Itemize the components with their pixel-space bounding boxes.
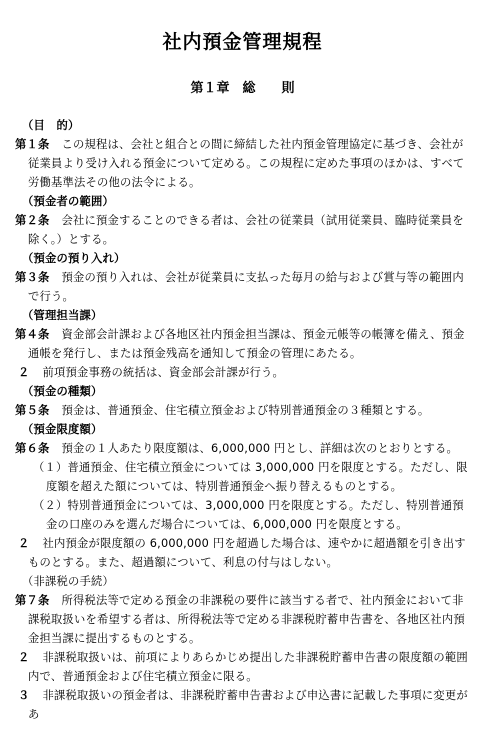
article-block: 第１条この規程は、会社と組合との間に締結した社内預金管理協定に基づき、会社が従業… — [0, 135, 471, 192]
article-text: 会社に預金することのできる者は、会社の従業員（試用従業員、臨時従業員を除く。）と… — [28, 214, 464, 246]
paragraph-text: 非課税取扱いは、前項によりあらかじめ提出した非課税貯蓄申告書の限度額の範囲内で、… — [28, 651, 468, 683]
paragraph-text: 前項預金事務の統括は、資金部会計課が行う。 — [43, 366, 284, 379]
article-block: 第６条預金の１人あたり限度額は、6,000,000 円とし、詳細は次のとおりとす… — [0, 439, 471, 458]
item-label: （２） — [33, 499, 68, 512]
chapter-heading: 第１章 総 則 — [0, 81, 485, 96]
section-header: （預金の預り入れ） — [0, 249, 471, 268]
item-block: （２）特別普通預金については、3,000,000 円を限度とする。ただし、特別普… — [0, 496, 471, 534]
article-block: 第４条資金部会計課および各地区社内預金担当課は、預金元帳等の帳簿を備え、預金通帳… — [0, 325, 471, 363]
article-text: この規程は、会社と組合との間に締結した社内預金管理協定に基づき、会社が従業員より… — [28, 138, 464, 189]
article-block: 第５条預金は、普通預金、住宅積立預金および特別普通預金の３種類とする。 — [0, 401, 471, 420]
item-label: （１） — [33, 461, 68, 474]
paragraph-text: 社内預金が限度額の 6,000,000 円を超過した場合は、速やかに超過額を引き… — [28, 537, 466, 569]
section-header: （預金者の範囲） — [0, 192, 471, 211]
document-body: （目 的）第１条この規程は、会社と組合との間に締結した社内預金管理協定に基づき、… — [0, 116, 485, 724]
item-block: （１）普通預金、住宅積立預金については 3,000,000 円を限度とする。ただ… — [0, 458, 471, 496]
section-header: （預金の種類） — [0, 382, 471, 401]
section-header: （非課税の手続） — [0, 572, 471, 591]
article-label: 第７条 — [15, 594, 50, 607]
item-text: 特別普通預金については、3,000,000 円を限度とする。ただし、特別普通預金… — [46, 499, 464, 531]
article-label: 第５条 — [15, 404, 50, 417]
article-block: 第７条所得税法等で定める預金の非課税の要件に該当する者で、社内預金において非課税… — [0, 591, 471, 648]
paragraph-block: ３非課税取扱いの預金者は、非課税貯蓄申告書および申込書に記載した事項に変更があ — [0, 686, 471, 724]
paragraph-label: ３ — [18, 689, 30, 702]
paragraph-label: ２ — [18, 651, 30, 664]
section-header: （管理担当課） — [0, 306, 471, 325]
paragraph-block: ２非課税取扱いは、前項によりあらかじめ提出した非課税貯蓄申告書の限度額の範囲内で… — [0, 648, 471, 686]
paragraph-block: ２前項預金事務の統括は、資金部会計課が行う。 — [0, 363, 471, 382]
article-label: 第６条 — [15, 442, 50, 455]
paragraph-label: ２ — [18, 537, 30, 550]
article-text: 預金の１人あたり限度額は、6,000,000 円とし、詳細は次のとおりとする。 — [62, 442, 459, 455]
section-header: （預金限度額） — [0, 420, 471, 439]
article-block: 第３条預金の預り入れは、会社が従業員に支払った毎月の給与および賞与等の範囲内で行… — [0, 268, 471, 306]
article-text: 資金部会計課および各地区社内預金担当課は、預金元帳等の帳簿を備え、預金通帳を発行… — [28, 328, 465, 360]
paragraph-block: ２社内預金が限度額の 6,000,000 円を超過した場合は、速やかに超過額を引… — [0, 534, 471, 572]
article-text: 所得税法等で定める預金の非課税の要件に該当する者で、社内預金において非課税取扱い… — [28, 594, 465, 645]
item-text: 普通預金、住宅積立預金については 3,000,000 円を限度とする。ただし、限… — [46, 461, 468, 493]
article-text: 預金は、普通預金、住宅積立預金および特別普通預金の３種類とする。 — [62, 404, 430, 417]
article-label: 第２条 — [15, 214, 50, 227]
article-block: 第２条会社に預金することのできる者は、会社の従業員（試用従業員、臨時従業員を除く… — [0, 211, 471, 249]
article-label: 第１条 — [15, 138, 50, 151]
paragraph-text: 非課税取扱いの預金者は、非課税貯蓄申告書および申込書に記載した事項に変更があ — [28, 689, 468, 721]
section-header: （目 的） — [0, 116, 471, 135]
document-page: 社内預金管理規程 第１章 総 則 （目 的）第１条この規程は、会社と組合との間に… — [0, 0, 485, 730]
article-label: 第４条 — [15, 328, 50, 341]
document-title: 社内預金管理規程 — [0, 31, 485, 53]
article-label: 第３条 — [15, 271, 50, 284]
article-text: 預金の預り入れは、会社が従業員に支払った毎月の給与および賞与等の範囲内で行う。 — [28, 271, 464, 303]
paragraph-label: ２ — [18, 366, 30, 379]
